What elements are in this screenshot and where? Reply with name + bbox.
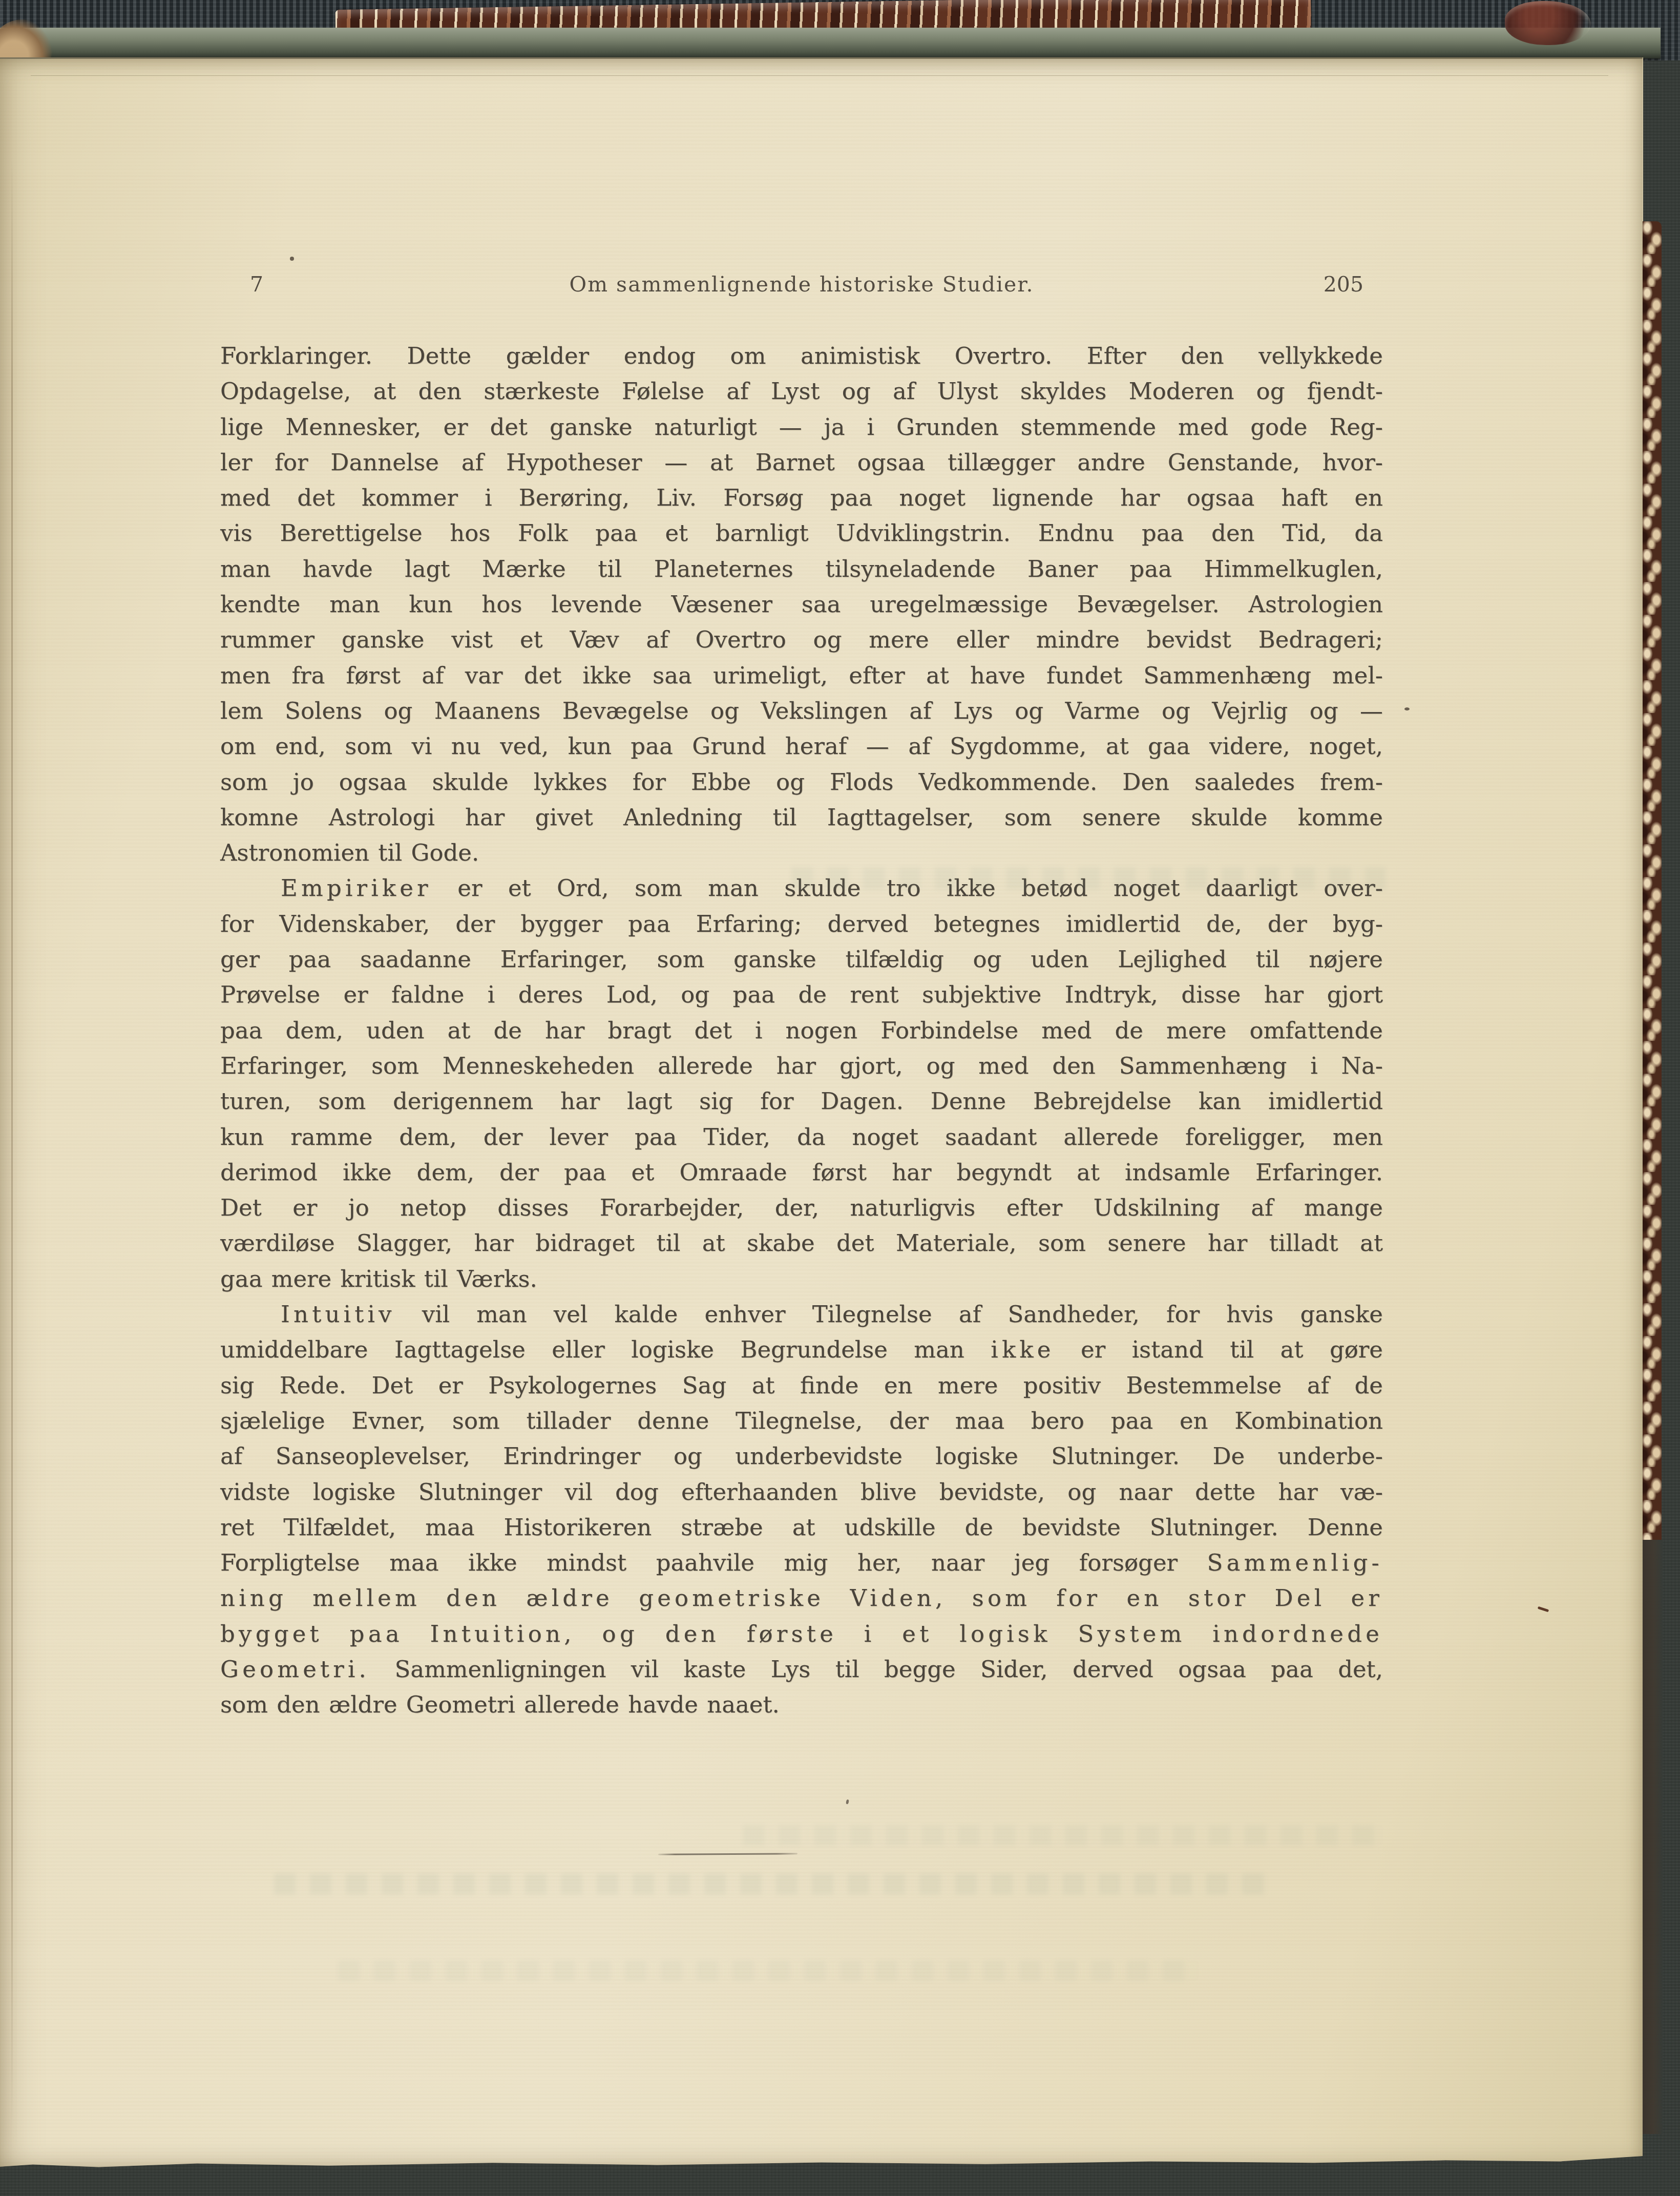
body-line: umiddelbare Iagttagelse eller logiske Be… — [220, 1332, 1383, 1367]
book-cover-right-lower — [1641, 1540, 1663, 2134]
body-segment: kendte man kun hos levende Væsener saa u… — [220, 591, 1383, 618]
page-header: 7 Om sammenlignende historiske Studier. … — [220, 270, 1383, 299]
body-segment-letterspaced: Geometri. — [220, 1656, 370, 1683]
body-segment-letterspaced: Intuitiv — [281, 1301, 395, 1328]
body-line: komne Astrologi har givet Anledning til … — [220, 800, 1383, 835]
body-segment: af Sanseoplevelser, Erindringer og under… — [220, 1442, 1383, 1470]
body-line: Erfaringer, som Menneskeheden allerede h… — [220, 1048, 1383, 1083]
body-segment: for Videnskaber, der bygger paa Erfaring… — [220, 910, 1383, 937]
body-line: om end, som vi nu ved, kun paa Grund her… — [220, 728, 1383, 764]
leather-patch-top-right — [1505, 1, 1591, 45]
section-divider-rule — [658, 1853, 797, 1855]
body-line: sig Rede. Det er Psykologernes Sag at fi… — [220, 1368, 1383, 1403]
body-segment: turen, som derigennem har lagt sig for D… — [220, 1087, 1383, 1115]
body-line: men fra først af var det ikke saa urimel… — [220, 658, 1383, 693]
body-segment-letterspaced: Empiriker — [281, 874, 432, 902]
body-segment: komne Astrologi har givet Anledning til … — [220, 804, 1383, 831]
body-segment-letterspaced: bygget paa Intuition, og den første i et… — [220, 1620, 1383, 1647]
body-line: for Videnskaber, der bygger paa Erfaring… — [220, 906, 1383, 942]
body-segment: ger paa saadanne Erfaringer, som ganske … — [220, 946, 1383, 973]
body-line: sjælelige Evner, som tillader denne Tile… — [220, 1403, 1383, 1438]
body-segment: med det kommer i Berøring, Liv. Forsøg p… — [220, 484, 1383, 511]
show-through-text-ghost — [743, 1825, 1383, 1846]
body-segment: Erfaringer, som Menneskeheden allerede h… — [220, 1052, 1383, 1079]
body-segment: vidste logiske Slutninger vil dog efterh… — [220, 1478, 1383, 1505]
body-line: som jo ogsaa skulde lykkes for Ebbe og F… — [220, 764, 1383, 800]
body-segment: rummer ganske vist et Væv af Overtro og … — [220, 626, 1383, 653]
body-segment: lige Mennesker, er det ganske naturligt … — [220, 413, 1383, 441]
body-line: lem Solens og Maanens Bevægelse og Veksl… — [220, 693, 1383, 728]
body-segment: værdiløse Slagger, har bidraget til at s… — [220, 1229, 1383, 1257]
body-line: Forpligtelse maa ikke mindst paahvile mi… — [220, 1545, 1383, 1580]
body-segment-letterspaced: ning mellem den ældre geometriske Viden,… — [220, 1584, 1383, 1612]
body-segment: ler for Dannelse af Hypotheser — at Barn… — [220, 449, 1383, 476]
show-through-text-ghost — [791, 867, 1385, 890]
ink-speck — [846, 1800, 849, 1805]
body-segment: kun ramme dem, der lever paa Tider, da n… — [220, 1123, 1383, 1151]
body-line: Geometri. Sammenligningen vil kaste Lys … — [220, 1651, 1383, 1687]
running-title: Om sammenlignende historiske Studier. — [220, 270, 1383, 299]
body-segment: sjælelige Evner, som tillader denne Tile… — [220, 1407, 1383, 1434]
body-segment: paa dem, uden at de har bragt det i noge… — [220, 1017, 1383, 1044]
body-line: bygget paa Intuition, og den første i et… — [220, 1616, 1383, 1651]
body-segment: derimod ikke dem, der paa et Omraade før… — [220, 1159, 1383, 1186]
body-line: kendte man kun hos levende Væsener saa u… — [220, 587, 1383, 622]
gutter-crease — [11, 156, 13, 2128]
body-line: Prøvelse er faldne i deres Lod, og paa d… — [220, 977, 1383, 1012]
body-line: vis Berettigelse hos Folk paa et barnlig… — [220, 515, 1383, 551]
body-segment: er istand til at gøre — [1055, 1336, 1383, 1363]
body-line: Forklaringer. Dette gælder endog om anim… — [220, 338, 1383, 373]
body-line: ning mellem den ældre geometriske Viden,… — [220, 1580, 1383, 1616]
body-line: derimod ikke dem, der paa et Omraade før… — [220, 1155, 1383, 1190]
body-segment: Astronomien til Gode. — [220, 839, 479, 866]
body-segment-letterspaced: ikke — [991, 1336, 1054, 1363]
page-block-top-edge-band — [0, 28, 1661, 58]
body-segment: Sammenligningen vil kaste Lys til begge … — [370, 1656, 1383, 1683]
marbled-edge-strip-right — [1642, 221, 1662, 1540]
body-segment: Prøvelse er faldne i deres Lod, og paa d… — [220, 981, 1383, 1008]
show-through-text-ghost — [338, 1960, 1199, 1981]
ink-speck — [290, 257, 294, 261]
body-segment: som den ældre Geometri allerede havde na… — [220, 1691, 780, 1718]
body-segment: om end, som vi nu ved, kun paa Grund her… — [220, 733, 1383, 760]
body-segment: Forklaringer. Dette gælder endog om anim… — [220, 342, 1383, 369]
body-segment: lem Solens og Maanens Bevægelse og Veksl… — [220, 697, 1383, 724]
body-segment: man havde lagt Mærke til Planeternes til… — [220, 555, 1383, 582]
book-scan-photo: 7 Om sammenlignende historiske Studier. … — [0, 0, 1680, 2196]
body-segment: gaa mere kritisk til Værks. — [220, 1265, 537, 1292]
body-line: Opdagelse, at den stærkeste Følelse af L… — [220, 373, 1383, 409]
body-line: lige Mennesker, er det ganske naturligt … — [220, 409, 1383, 445]
body-line: turen, som derigennem har lagt sig for D… — [220, 1083, 1383, 1119]
body-line: vidste logiske Slutninger vil dog efterh… — [220, 1474, 1383, 1510]
body-segment: Det er jo netop disses Forarbejder, der,… — [220, 1194, 1383, 1221]
body-line: ler for Dannelse af Hypotheser — at Barn… — [220, 445, 1383, 480]
body-line: af Sanseoplevelser, Erindringer og under… — [220, 1438, 1383, 1474]
body-line: Astronomien til Gode. — [220, 835, 1383, 870]
body-line: man havde lagt Mærke til Planeternes til… — [220, 551, 1383, 587]
body-line: rummer ganske vist et Væv af Overtro og … — [220, 622, 1383, 657]
body-line: værdiløse Slagger, har bidraget til at s… — [220, 1225, 1383, 1261]
body-line: med det kommer i Berøring, Liv. Forsøg p… — [220, 480, 1383, 515]
body-line: ret Tilfældet, maa Historikeren stræbe a… — [220, 1510, 1383, 1545]
body-segment: ret Tilfældet, maa Historikeren stræbe a… — [220, 1514, 1383, 1541]
body-segment: vil man vel kalde enhver Tilegnelse af S… — [395, 1301, 1383, 1328]
page-top-edge-line — [31, 75, 1608, 76]
body-line: kun ramme dem, der lever paa Tider, da n… — [220, 1119, 1383, 1155]
body-segment-letterspaced: Sammenlig- — [1207, 1549, 1383, 1576]
ink-speck — [1404, 707, 1410, 710]
body-segment: vis Berettigelse hos Folk paa et barnlig… — [220, 519, 1383, 547]
body-segment: men fra først af var det ikke saa urimel… — [220, 662, 1383, 689]
body-line: Det er jo netop disses Forarbejder, der,… — [220, 1190, 1383, 1225]
book-page: 7 Om sammenlignende historiske Studier. … — [0, 57, 1643, 2171]
body-line: paa dem, uden at de har bragt det i noge… — [220, 1013, 1383, 1048]
body-segment: Opdagelse, at den stærkeste Følelse af L… — [220, 378, 1383, 405]
page-number: 205 — [1324, 270, 1363, 299]
body-segment: sig Rede. Det er Psykologernes Sag at fi… — [220, 1372, 1383, 1399]
body-segment: Forpligtelse maa ikke mindst paahvile mi… — [220, 1549, 1207, 1576]
body-line: gaa mere kritisk til Værks. — [220, 1261, 1383, 1296]
ink-speck — [1538, 1606, 1549, 1613]
body-line: ger paa saadanne Erfaringer, som ganske … — [220, 942, 1383, 977]
body-line: Intuitiv vil man vel kalde enhver Tilegn… — [220, 1296, 1383, 1332]
body-segment: umiddelbare Iagttagelse eller logiske Be… — [220, 1336, 991, 1363]
body-segment: som jo ogsaa skulde lykkes for Ebbe og F… — [220, 768, 1383, 796]
text-block: Forklaringer. Dette gælder endog om anim… — [220, 338, 1383, 1723]
show-through-text-ghost — [274, 1873, 1268, 1895]
body-line: som den ældre Geometri allerede havde na… — [220, 1687, 1383, 1722]
